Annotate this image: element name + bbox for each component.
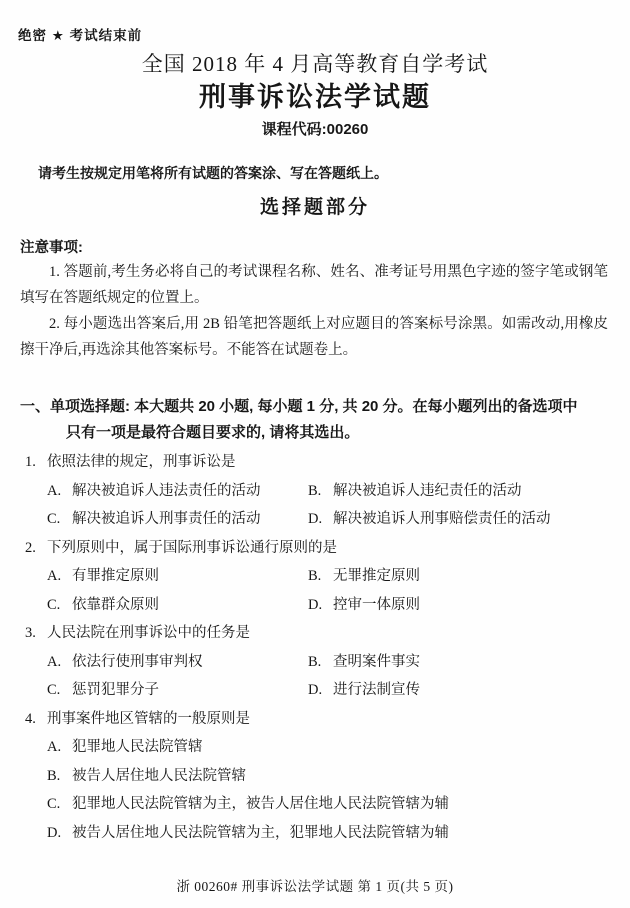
question-number: 3.: [20, 619, 47, 648]
option-text: 有罪推定原则: [72, 562, 159, 591]
question: 2.下列原则中，属于国际刑事诉讼通行原则的是A.有罪推定原则B.无罪推定原则C.…: [20, 534, 610, 620]
option-label: D.: [308, 676, 333, 705]
answer-option: D.进行法制宣传: [308, 676, 610, 705]
option-text: 犯罪地人民法院管辖: [72, 733, 203, 762]
option-label: C.: [47, 790, 72, 819]
option-text: 进行法制宣传: [333, 676, 420, 705]
answer-option: B.被告人居住地人民法院管辖: [47, 762, 610, 791]
option-list: A.犯罪地人民法院管辖B.被告人居住地人民法院管辖C.犯罪地人民法院管辖为主，被…: [47, 733, 610, 847]
option-label: B.: [308, 648, 333, 677]
section-one-heading-line2: 只有一项是最符合题目要求的, 请将其选出。: [20, 420, 610, 446]
answer-option: D.被告人居住地人民法院管辖为主，犯罪地人民法院管辖为辅: [47, 819, 610, 848]
precautions-list: 1. 答题前,考生务必将自己的考试课程名称、姓名、准考证号用黑色字迹的签字笔或钢…: [20, 259, 608, 363]
section-one-heading-line1: 一、单项选择题: 本大题共 20 小题, 每小题 1 分, 共 20 分。在每小…: [20, 394, 610, 420]
answer-option: B.无罪推定原则: [308, 562, 610, 591]
option-label: D.: [308, 591, 333, 620]
option-text: 查明案件事实: [333, 648, 420, 677]
option-label: B.: [47, 762, 72, 791]
question-stem-row: 4.刑事案件地区管辖的一般原则是: [20, 705, 610, 734]
question-stem: 刑事案件地区管辖的一般原则是: [47, 705, 250, 734]
option-text: 控审一体原则: [333, 591, 420, 620]
answer-sheet-notice: 请考生按规定用笔将所有试题的答案涂、写在答题纸上。: [0, 164, 630, 182]
answer-option: C.依靠群众原则: [47, 591, 308, 620]
classification-banner: 绝密 ★ 考试结束前: [18, 24, 142, 44]
precaution-item: 1. 答题前,考生务必将自己的考试课程名称、姓名、准考证号用黑色字迹的签字笔或钢…: [20, 259, 608, 311]
option-text: 惩罚犯罪分子: [72, 676, 159, 705]
answer-option: A.犯罪地人民法院管辖: [47, 733, 610, 762]
question-stem-row: 1.依照法律的规定，刑事诉讼是: [20, 448, 610, 477]
question-stem: 下列原则中，属于国际刑事诉讼通行原则的是: [47, 534, 337, 563]
option-label: A.: [47, 648, 72, 677]
option-label: B.: [308, 562, 333, 591]
option-text: 犯罪地人民法院管辖为主，被告人居住地人民法院管辖为辅: [72, 790, 449, 819]
option-text: 解决被追诉人违纪责任的活动: [333, 477, 522, 506]
answer-option: A.解决被追诉人违法责任的活动: [47, 477, 308, 506]
answer-option: B.查明案件事实: [308, 648, 610, 677]
answer-option: D.解决被追诉人刑事赔偿责任的活动: [308, 505, 610, 534]
option-text: 依靠群众原则: [72, 591, 159, 620]
question-stem-row: 3.人民法院在刑事诉讼中的任务是: [20, 619, 610, 648]
answer-option: A.有罪推定原则: [47, 562, 308, 591]
option-text: 解决被追诉人刑事责任的活动: [72, 505, 261, 534]
answer-option: C.解决被追诉人刑事责任的活动: [47, 505, 308, 534]
option-label: A.: [47, 562, 72, 591]
answer-option: C.犯罪地人民法院管辖为主，被告人居住地人民法院管辖为辅: [47, 790, 610, 819]
option-label: C.: [47, 591, 72, 620]
option-text: 被告人居住地人民法院管辖为主，犯罪地人民法院管辖为辅: [72, 819, 449, 848]
question-stem: 人民法院在刑事诉讼中的任务是: [47, 619, 250, 648]
option-label: B.: [308, 477, 333, 506]
option-label: A.: [47, 477, 72, 506]
option-text: 解决被追诉人刑事赔偿责任的活动: [333, 505, 551, 534]
answer-option: B.解决被追诉人违纪责任的活动: [308, 477, 610, 506]
question-number: 4.: [20, 705, 47, 734]
answer-option: A.依法行使刑事审判权: [47, 648, 308, 677]
option-text: 被告人居住地人民法院管辖: [72, 762, 246, 791]
section-one-heading: 一、单项选择题: 本大题共 20 小题, 每小题 1 分, 共 20 分。在每小…: [20, 394, 610, 446]
precaution-item: 2. 每小题选出答案后,用 2B 铅笔把答题纸上对应题目的答案标号涂黑。如需改动…: [20, 311, 608, 363]
subject-title: 刑事诉讼法学试题: [0, 82, 630, 113]
question-stem: 依照法律的规定，刑事诉讼是: [47, 448, 236, 477]
question-list: 1.依照法律的规定，刑事诉讼是A.解决被追诉人违法责任的活动B.解决被追诉人违纪…: [20, 448, 610, 847]
multiple-choice-part-title: 选择题部分: [0, 197, 630, 219]
page-footer: 浙 00260# 刑事诉讼法学试题 第 1 页(共 5 页): [0, 875, 630, 895]
option-label: C.: [47, 505, 72, 534]
answer-option: C.惩罚犯罪分子: [47, 676, 308, 705]
option-text: 解决被追诉人违法责任的活动: [72, 477, 261, 506]
question: 1.依照法律的规定，刑事诉讼是A.解决被追诉人违法责任的活动B.解决被追诉人违纪…: [20, 448, 610, 534]
precautions-title: 注意事项:: [20, 239, 630, 257]
option-list: A.依法行使刑事审判权B.查明案件事实C.惩罚犯罪分子D.进行法制宣传: [47, 648, 610, 705]
option-list: A.解决被追诉人违法责任的活动B.解决被追诉人违纪责任的活动C.解决被追诉人刑事…: [47, 477, 610, 534]
question: 4.刑事案件地区管辖的一般原则是A.犯罪地人民法院管辖B.被告人居住地人民法院管…: [20, 705, 610, 848]
exam-paper-page: 绝密 ★ 考试结束前 全国 2018 年 4 月高等教育自学考试 刑事诉讼法学试…: [0, 0, 630, 908]
question-number: 2.: [20, 534, 47, 563]
option-label: D.: [47, 819, 72, 848]
option-label: A.: [47, 733, 72, 762]
answer-option: D.控审一体原则: [308, 591, 610, 620]
question-number: 1.: [20, 448, 47, 477]
option-label: C.: [47, 676, 72, 705]
question-stem-row: 2.下列原则中，属于国际刑事诉讼通行原则的是: [20, 534, 610, 563]
course-code: 课程代码:00260: [0, 121, 630, 139]
option-text: 无罪推定原则: [333, 562, 420, 591]
option-text: 依法行使刑事审判权: [72, 648, 203, 677]
option-label: D.: [308, 505, 333, 534]
question: 3.人民法院在刑事诉讼中的任务是A.依法行使刑事审判权B.查明案件事实C.惩罚犯…: [20, 619, 610, 705]
option-list: A.有罪推定原则B.无罪推定原则C.依靠群众原则D.控审一体原则: [47, 562, 610, 619]
